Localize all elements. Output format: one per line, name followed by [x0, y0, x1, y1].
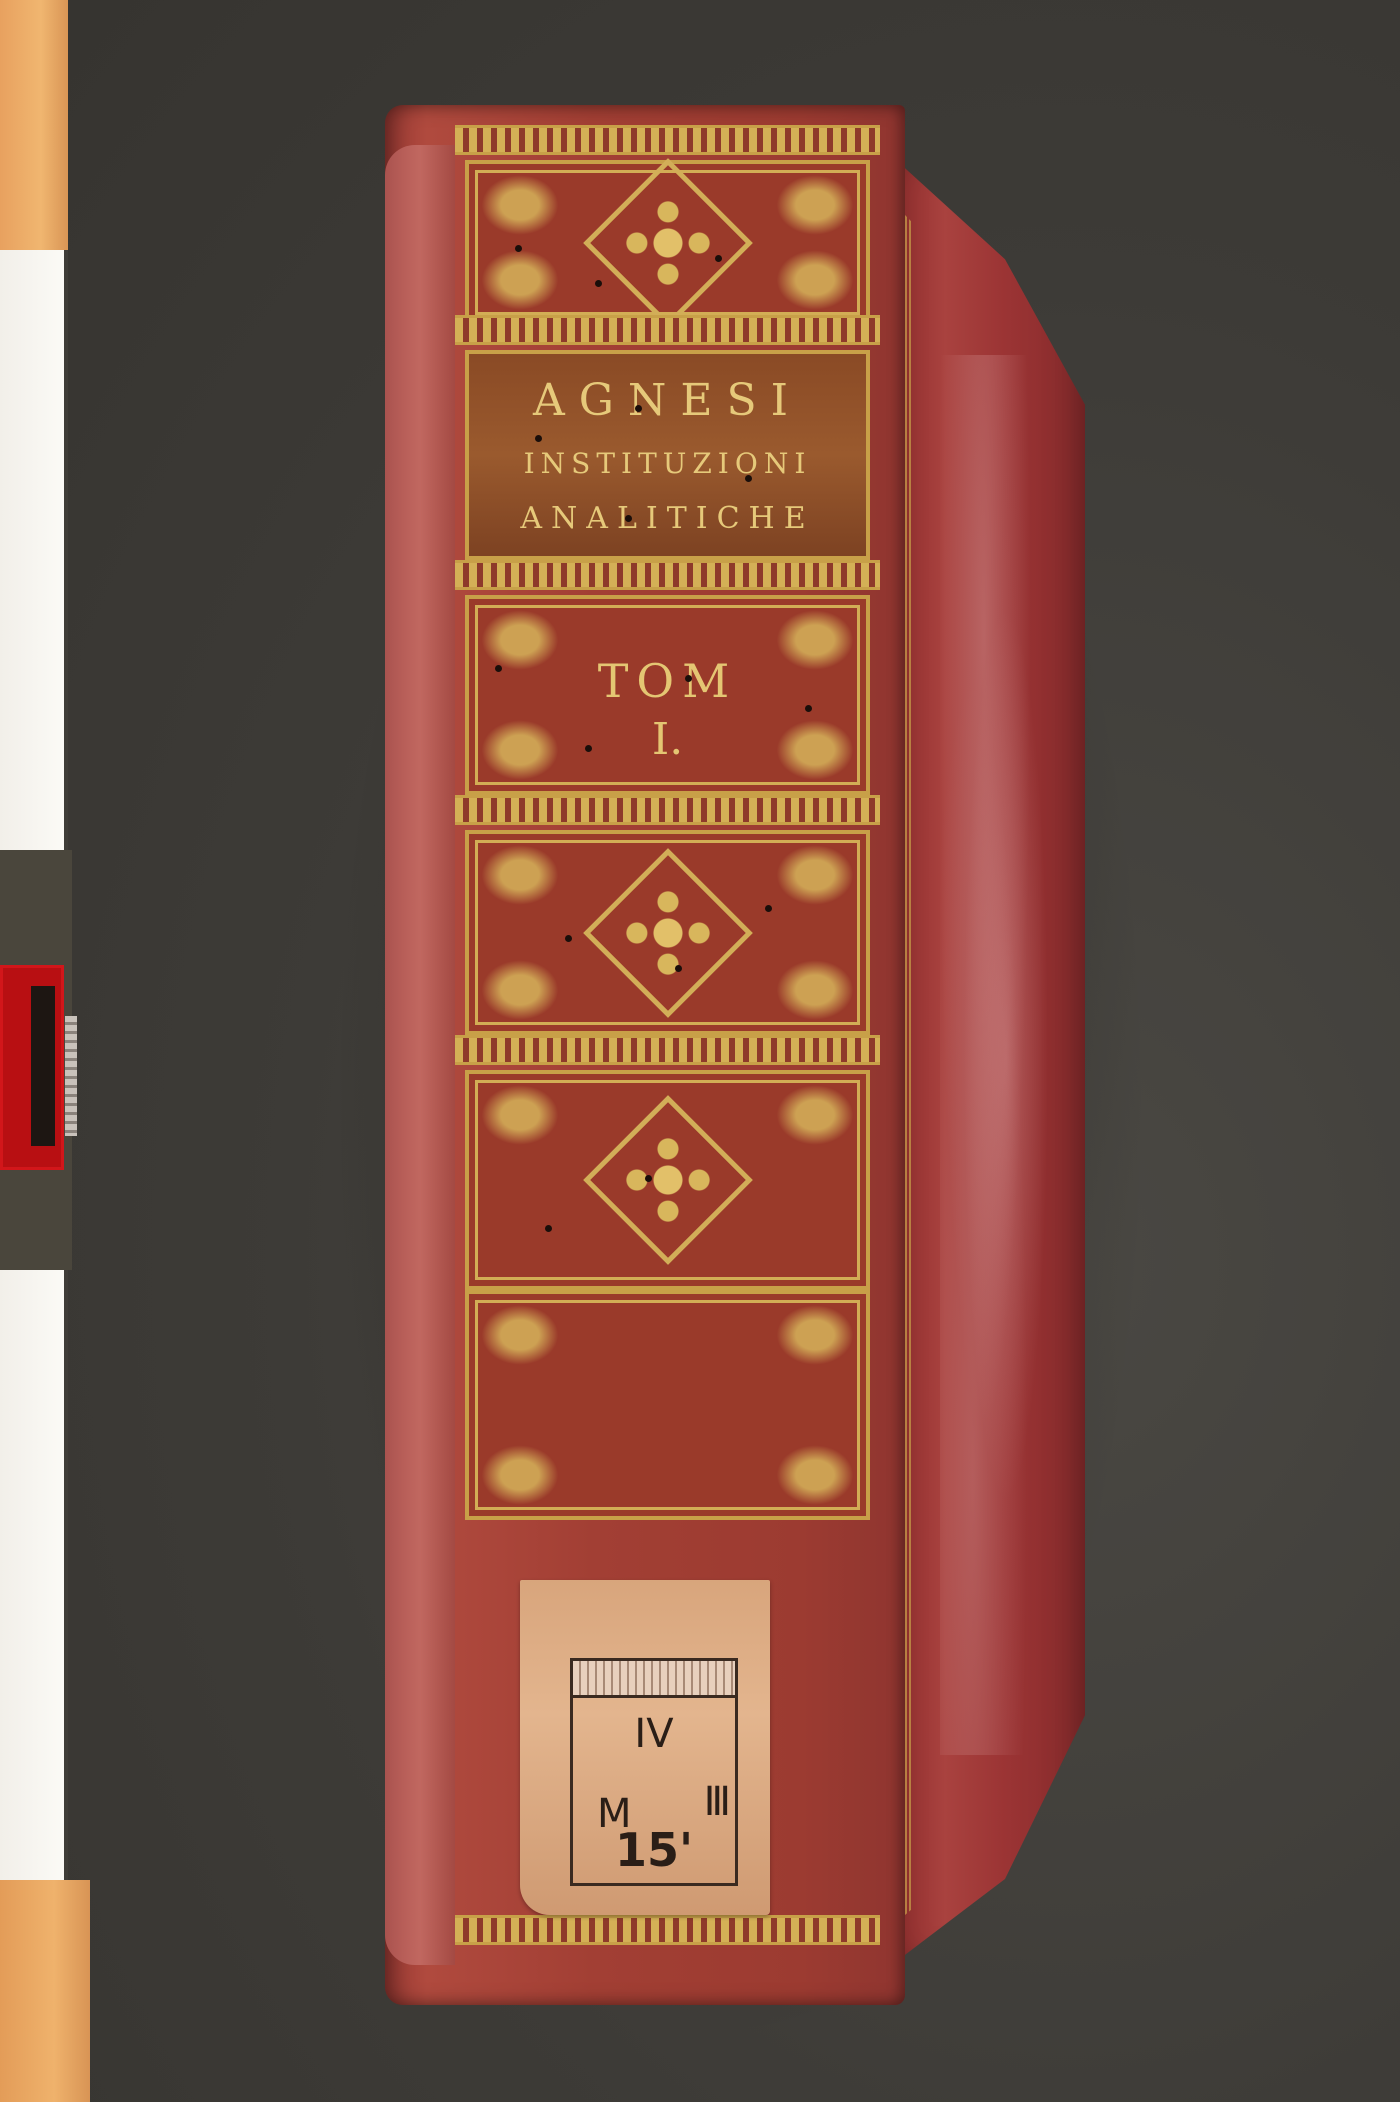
corner-flourish	[770, 1440, 860, 1510]
wormhole	[635, 405, 642, 412]
title-label: AGNESI INSTITUZIONI ANALITICHE	[465, 350, 870, 560]
corner-flourish	[770, 1300, 860, 1370]
corner-flourish	[475, 955, 565, 1025]
corner-flourish	[770, 1080, 860, 1150]
wood-edge-top	[0, 0, 68, 250]
corner-flourish	[475, 840, 565, 910]
wormhole	[805, 705, 812, 712]
wormhole	[585, 745, 592, 752]
wormhole	[495, 665, 502, 672]
wormhole	[515, 245, 522, 252]
spine-panel-1	[465, 160, 870, 325]
gilt-band	[455, 795, 880, 825]
corner-flourish	[770, 170, 860, 240]
wormhole	[545, 1225, 552, 1232]
title-line-2: ANALITICHE	[520, 501, 814, 536]
title-line-1: INSTITUZIONI	[524, 447, 812, 480]
shelfmark-stamp: IV M III 15'	[570, 1658, 738, 1886]
wormhole	[715, 255, 722, 262]
wormhole	[765, 905, 772, 912]
white-strip-bottom	[0, 1270, 64, 1880]
wormhole	[675, 965, 682, 972]
gilt-band	[455, 1035, 880, 1065]
wormhole	[625, 515, 632, 522]
corner-flourish	[475, 170, 565, 240]
corner-flourish	[770, 955, 860, 1025]
edge-label-inner	[31, 986, 55, 1146]
left-edge-strip	[0, 0, 72, 2102]
lozenge-ornament	[583, 1095, 753, 1265]
lozenge-ornament	[583, 158, 753, 328]
shelfmark-row-2-right: III	[704, 1779, 727, 1825]
wood-edge-bottom	[0, 1880, 90, 2102]
corner-flourish	[475, 1080, 565, 1150]
book-spine: AGNESI INSTITUZIONI ANALITICHE TOM I.	[385, 105, 905, 2005]
wormhole	[685, 675, 692, 682]
shelfmark-row-3: 15'	[573, 1823, 735, 1877]
lozenge-ornament	[583, 848, 753, 1018]
wormhole	[595, 280, 602, 287]
red-edge-label	[0, 965, 64, 1170]
author-name: AGNESI	[533, 375, 802, 426]
volume-label-tom: TOM	[469, 654, 866, 708]
wormhole	[745, 475, 752, 482]
shelfmark-row-1: IV	[573, 1711, 735, 1757]
volume-number: I.	[469, 714, 866, 765]
spine-panel-4	[465, 1070, 870, 1290]
volume-panel: TOM I.	[465, 595, 870, 795]
edge-label-text	[65, 1016, 77, 1136]
book: AGNESI INSTITUZIONI ANALITICHE TOM I.	[385, 105, 1080, 2005]
library-shelf-label: IV M III 15'	[520, 1580, 770, 1915]
spine-rounded-edge	[385, 145, 455, 1965]
corner-flourish	[475, 1440, 565, 1510]
white-strip-top	[0, 250, 64, 850]
stamp-header	[573, 1661, 735, 1698]
wormhole	[535, 435, 542, 442]
corner-flourish	[770, 840, 860, 910]
gilt-band	[455, 560, 880, 590]
cover-gilt-border	[905, 215, 1071, 1915]
corner-flourish	[770, 245, 860, 315]
wormhole	[645, 1175, 652, 1182]
wormhole	[565, 935, 572, 942]
gilt-band-top	[455, 125, 880, 155]
gilt-band	[455, 315, 880, 345]
gilt-band-bottom	[455, 1915, 880, 1945]
spine-panel-5	[465, 1290, 870, 1520]
spine-panel-3	[465, 830, 870, 1035]
corner-flourish	[475, 245, 565, 315]
corner-flourish	[475, 1300, 565, 1370]
